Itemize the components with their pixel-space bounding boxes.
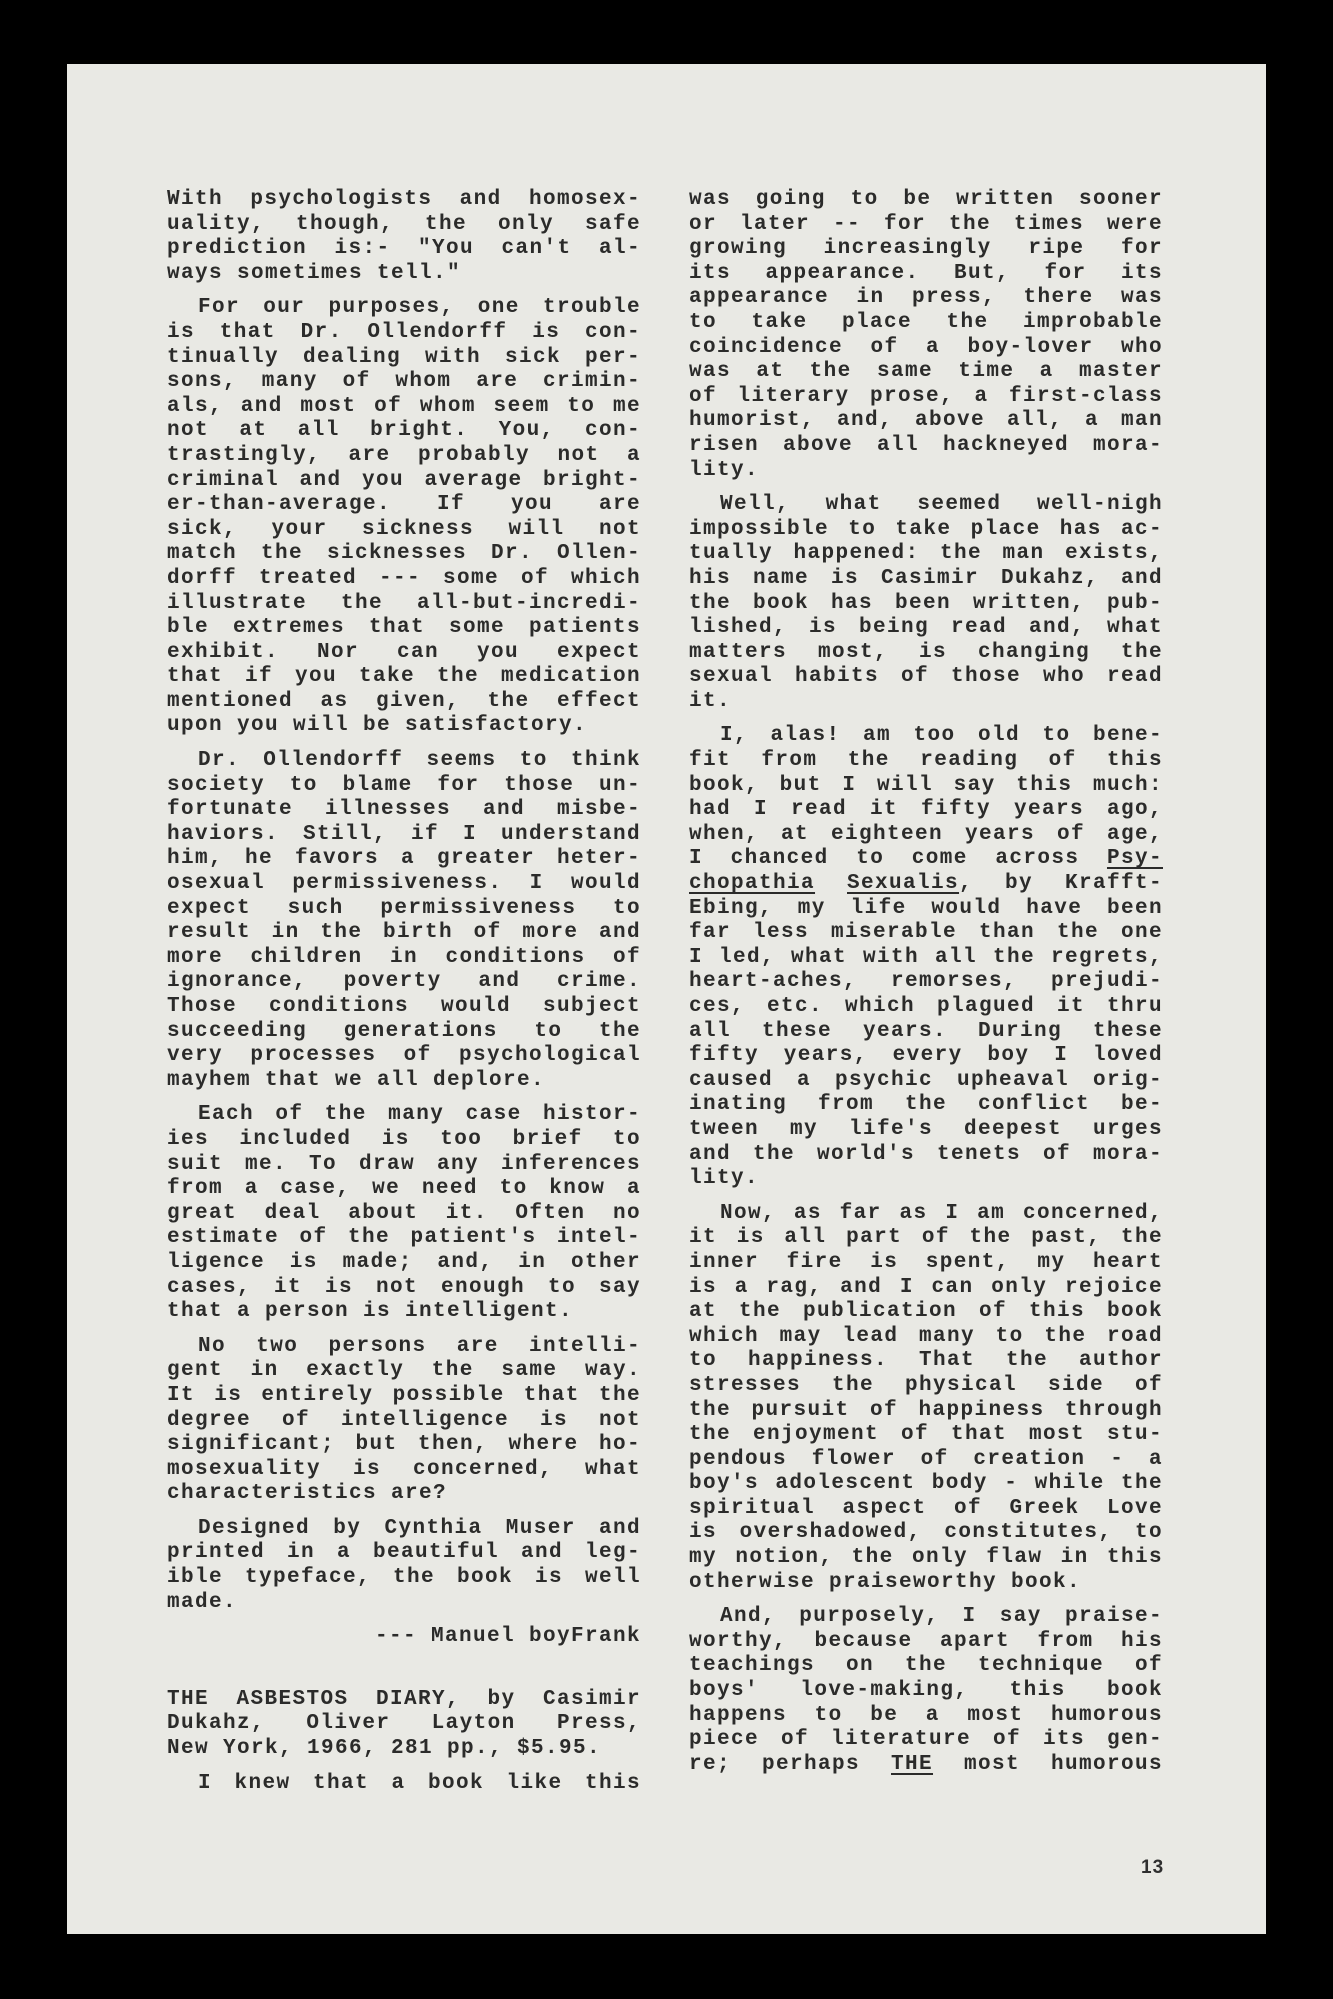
text-line: And, purposely, I say praise-	[689, 1605, 1163, 1630]
paragraph: For our purposes, one troubleis that Dr.…	[167, 296, 641, 739]
text-line: mosexuality is concerned, what	[167, 1458, 641, 1483]
text-line: haviors. Still, if I understand	[167, 823, 641, 848]
text-line: from a case, we need to know a	[167, 1177, 641, 1202]
underlined-text: THE	[891, 1753, 933, 1776]
text-line: er-than-average. If you are	[167, 493, 641, 518]
text-line: growing increasingly ripe for	[689, 237, 1163, 262]
text-line: Ebing, my life would have been	[689, 897, 1163, 922]
review-signature: --- Manuel boyFrank	[167, 1625, 641, 1650]
text-line: inner fire is spent, my heart	[689, 1251, 1163, 1276]
text-line: match the sicknesses Dr. Ollen-	[167, 542, 641, 567]
text-line: otherwise praiseworthy book.	[689, 1571, 1163, 1596]
text-line: fifty years, every boy I loved	[689, 1044, 1163, 1069]
paragraph: No two persons are intelli-gent in exact…	[167, 1335, 641, 1507]
text-line: and the world's tenets of mora-	[689, 1143, 1163, 1168]
text-line: society to blame for those un-	[167, 774, 641, 799]
text-line: him, he favors a greater heter-	[167, 847, 641, 872]
underlined-text: chopathia	[689, 872, 815, 895]
text-line: With psychologists and homosex-	[167, 188, 641, 213]
paragraph: I, alas! am too old to bene-fit from the…	[689, 724, 1163, 1191]
text-line: illustrate the all-but-incredi-	[167, 592, 641, 617]
text-line: fit from the reading of this	[689, 749, 1163, 774]
text-line: estimate of the patient's intel-	[167, 1226, 641, 1251]
text-line: matters most, is changing the	[689, 641, 1163, 666]
text-line: sick, your sickness will not	[167, 518, 641, 543]
text-line: happens to be a most humorous	[689, 1704, 1163, 1729]
text-line: appearance in press, there was	[689, 286, 1163, 311]
right-column: was going to be written sooneror later -…	[689, 188, 1163, 1787]
text-line: It is entirely possible that the	[167, 1384, 641, 1409]
text-line: ligence is made; and, in other	[167, 1251, 641, 1276]
text-line: it.	[689, 690, 1163, 715]
text-line: of literary prose, a first-class	[689, 385, 1163, 410]
text-line: tinually dealing with sick per-	[167, 346, 641, 371]
text-line: I chanced to come across Psy-	[689, 847, 1163, 872]
text-line: his name is Casimir Dukahz, and	[689, 567, 1163, 592]
text-line: sexual habits of those who read	[689, 665, 1163, 690]
text-line: gent in exactly the same way.	[167, 1359, 641, 1384]
text-line: characteristics are?	[167, 1482, 641, 1507]
text-line: succeeding generations to the	[167, 1020, 641, 1045]
text-line: coincidence of a boy-lover who	[689, 336, 1163, 361]
text-line: tween my life's deepest urges	[689, 1118, 1163, 1143]
text-line: worthy, because apart from his	[689, 1630, 1163, 1655]
text-line: exhibit. Nor can you expect	[167, 641, 641, 666]
text-line: piece of literature of its gen-	[689, 1728, 1163, 1753]
book-citation: THE ASBESTOS DIARY, by CasimirDukahz, Ol…	[167, 1688, 641, 1762]
text-line: For our purposes, one trouble	[167, 296, 641, 321]
text-line: result in the birth of more and	[167, 921, 641, 946]
text-line: criminal and you average bright-	[167, 469, 641, 494]
underlined-text: Psy-	[1107, 847, 1163, 870]
text-line: I knew that a book like this	[167, 1772, 641, 1797]
text-line: impossible to take place has ac-	[689, 518, 1163, 543]
text-line: significant; but then, where ho-	[167, 1433, 641, 1458]
left-column: With psychologists and homosex-uality, t…	[167, 188, 641, 1806]
page-number: 13	[1141, 1857, 1164, 1879]
text-line: far less miserable than the one	[689, 921, 1163, 946]
document-page: With psychologists and homosex-uality, t…	[67, 64, 1266, 1934]
text-line: is a rag, and I can only rejoice	[689, 1276, 1163, 1301]
text-line: when, at eighteen years of age,	[689, 823, 1163, 848]
text-line: great deal about it. Often no	[167, 1202, 641, 1227]
text-line: Each of the many case histor-	[167, 1103, 641, 1128]
paragraph: And, purposely, I say praise-worthy, bec…	[689, 1605, 1163, 1777]
text-line: Well, what seemed well-nigh	[689, 493, 1163, 518]
text-line: degree of intelligence is not	[167, 1409, 641, 1434]
text-line: lished, is being read and, what	[689, 616, 1163, 641]
text-line: inating from the conflict be-	[689, 1093, 1163, 1118]
text-line: ignorance, poverty and crime.	[167, 970, 641, 995]
text-line: book, but I will say this much:	[689, 774, 1163, 799]
text-line: Those conditions would subject	[167, 995, 641, 1020]
text-line: Now, as far as I am concerned,	[689, 1202, 1163, 1227]
text-line: lity.	[689, 459, 1163, 484]
text-line: ble extremes that some patients	[167, 616, 641, 641]
text-line: I, alas! am too old to bene-	[689, 724, 1163, 749]
text-line: I led, what with all the regrets,	[689, 946, 1163, 971]
paragraph: Now, as far as I am concerned,it is all …	[689, 1202, 1163, 1596]
text-line: which may lead many to the road	[689, 1325, 1163, 1350]
paragraph: Dr. Ollendorff seems to thinksociety to …	[167, 749, 641, 1093]
text-line: THE ASBESTOS DIARY, by Casimir	[167, 1688, 641, 1713]
text-line: mayhem that we all deplore.	[167, 1069, 641, 1094]
paragraph: was going to be written sooneror later -…	[689, 188, 1163, 483]
text-line: cases, it is not enough to say	[167, 1276, 641, 1301]
text-line: ies included is too brief to	[167, 1128, 641, 1153]
text-line: was at the same time a master	[689, 360, 1163, 385]
text-line: boys' love-making, this book	[689, 1679, 1163, 1704]
text-line: pendous flower of creation - a	[689, 1448, 1163, 1473]
text-line: mentioned as given, the effect	[167, 690, 641, 715]
text-line: lity.	[689, 1167, 1163, 1192]
underlined-text: Sexualis	[847, 872, 959, 895]
text-line: the enjoyment of that most stu-	[689, 1423, 1163, 1448]
text-line: New York, 1966, 281 pp., $5.95.	[167, 1737, 641, 1762]
text-line: upon you will be satisfactory.	[167, 714, 641, 739]
text-line: to take place the improbable	[689, 311, 1163, 336]
text-line: not at all bright. You, con-	[167, 419, 641, 444]
text-line: Designed by Cynthia Muser and	[167, 1517, 641, 1542]
text-line: is that Dr. Ollendorff is con-	[167, 321, 641, 346]
text-line: had I read it fifty years ago,	[689, 798, 1163, 823]
paragraph: With psychologists and homosex-uality, t…	[167, 188, 641, 286]
text-line: ible typeface, the book is well	[167, 1566, 641, 1591]
text-line: caused a psychic upheaval orig-	[689, 1069, 1163, 1094]
text-line: Dukahz, Oliver Layton Press,	[167, 1712, 641, 1737]
text-line: all these years. During these	[689, 1020, 1163, 1045]
text-line: heart-aches, remorses, prejudi-	[689, 970, 1163, 995]
signature-text: --- Manuel boyFrank	[167, 1625, 641, 1650]
text-line: trastingly, are probably not a	[167, 444, 641, 469]
text-line: that a person is intelligent.	[167, 1300, 641, 1325]
text-line: or later -- for the times were	[689, 213, 1163, 238]
text-line: spiritual aspect of Greek Love	[689, 1497, 1163, 1522]
text-line: tually happened: the man exists,	[689, 542, 1163, 567]
text-line: osexual permissiveness. I would	[167, 872, 641, 897]
paragraph: I knew that a book like this	[167, 1772, 641, 1797]
text-line: more children in conditions of	[167, 946, 641, 971]
text-line: stresses the physical side of	[689, 1374, 1163, 1399]
text-line: its appearance. But, for its	[689, 262, 1163, 287]
text-line: the book has been written, pub-	[689, 592, 1163, 617]
text-line: expect such permissiveness to	[167, 897, 641, 922]
text-line: fortunate illnesses and misbe-	[167, 798, 641, 823]
text-line: very processes of psychological	[167, 1044, 641, 1069]
text-line: printed in a beautiful and leg-	[167, 1541, 641, 1566]
paragraph: Designed by Cynthia Muser andprinted in …	[167, 1517, 641, 1615]
paragraph: Each of the many case histor-ies include…	[167, 1103, 641, 1324]
text-line: boy's adolescent body - while the	[689, 1472, 1163, 1497]
text-line: dorff treated --- some of which	[167, 567, 641, 592]
text-line: is overshadowed, constitutes, to	[689, 1521, 1163, 1546]
text-line: at the publication of this book	[689, 1300, 1163, 1325]
text-line: it is all part of the past, the	[689, 1226, 1163, 1251]
text-line: re; perhaps THE most humorous	[689, 1753, 1163, 1778]
text-line: that if you take the medication	[167, 665, 641, 690]
text-line: uality, though, the only safe	[167, 213, 641, 238]
text-line: teachings on the technique of	[689, 1654, 1163, 1679]
text-line: chopathia Sexualis, by Krafft-	[689, 872, 1163, 897]
text-line: risen above all hackneyed mora-	[689, 434, 1163, 459]
text-line: the pursuit of happiness through	[689, 1399, 1163, 1424]
text-line: Dr. Ollendorff seems to think	[167, 749, 641, 774]
text-line: als, and most of whom seem to me	[167, 395, 641, 420]
text-line: my notion, the only flaw in this	[689, 1546, 1163, 1571]
paragraph: Well, what seemed well-nighimpossible to…	[689, 493, 1163, 714]
text-line: No two persons are intelli-	[167, 1335, 641, 1360]
text-line: ways sometimes tell."	[167, 262, 641, 287]
text-line: was going to be written sooner	[689, 188, 1163, 213]
text-line: ces, etc. which plagued it thru	[689, 995, 1163, 1020]
text-line: made.	[167, 1591, 641, 1616]
text-line: sons, many of whom are crimin-	[167, 370, 641, 395]
text-line: to happiness. That the author	[689, 1349, 1163, 1374]
text-line: humorist, and, above all, a man	[689, 409, 1163, 434]
text-line: prediction is:- "You can't al-	[167, 237, 641, 262]
text-line: suit me. To draw any inferences	[167, 1153, 641, 1178]
